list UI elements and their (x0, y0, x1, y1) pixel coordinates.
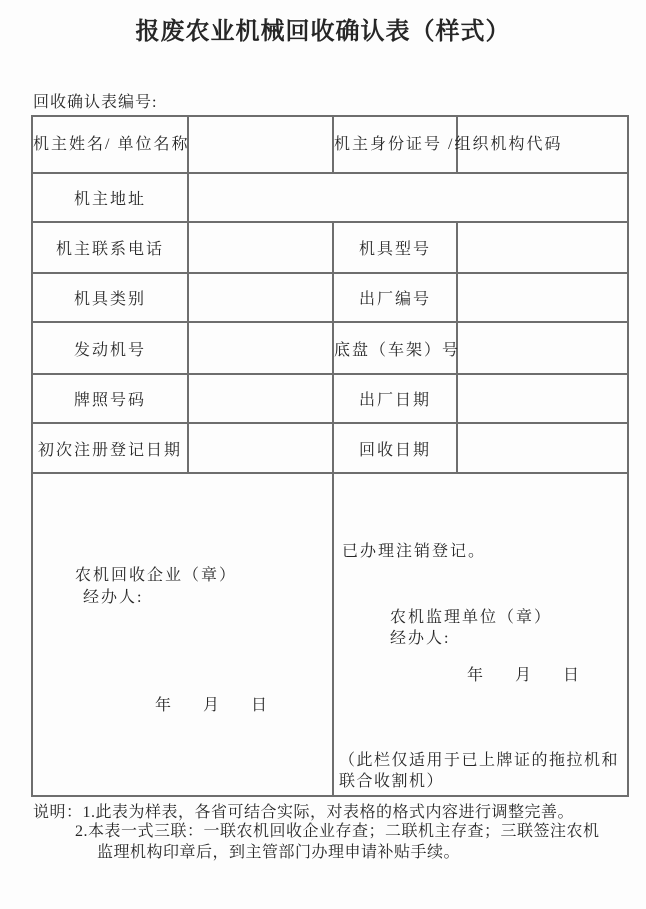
recycler-signature-cell: 农机回收企业（章） 经办人: 年 月 日 (32, 473, 333, 796)
label-first-registration-date: 初次注册登记日期 (32, 423, 188, 473)
value-first-registration-date (188, 423, 333, 473)
document-page: 报废农业机械回收确认表（样式） 回收确认表编号: 机主姓名/ 单位名称 机主身份… (0, 0, 646, 909)
table-row: 农机回收企业（章） 经办人: 年 月 日 已办理注销登记。 农机监理单位（章） … (32, 473, 628, 796)
label-owner-address: 机主地址 (32, 173, 188, 222)
deregistered-note: 已办理注销登记。 (342, 538, 486, 561)
notes-label: 说明： (33, 804, 83, 821)
supervision-signature-cell: 已办理注销登记。 农机监理单位（章） 经办人: 年 月 日 （此栏仅适用于已上牌… (333, 473, 628, 796)
notes-item-2: 2.本表一式三联：一联农机回收企业存查；二联机主存查；三联签注农机 监理机构印章… (97, 821, 600, 863)
value-license-plate (188, 374, 333, 423)
table-row: 机具类别 出厂编号 (32, 273, 628, 322)
recycler-org-stamp-label: 农机回收企业（章） (75, 562, 237, 585)
table-row: 初次注册登记日期 回收日期 (32, 423, 628, 473)
notes-line-1: 说明：1.此表为样表，各省可结合实际，对表格的格式内容进行调整完善。 (33, 799, 574, 822)
table-row: 机主地址 (32, 173, 628, 222)
scope-note: （此栏仅适用于已上牌证的拖拉机和 联合收割机） (339, 750, 619, 792)
table-row: 牌照号码 出厂日期 (32, 374, 628, 423)
table-row: 机主联系电话 机具型号 (32, 222, 628, 273)
value-owner-phone (188, 222, 333, 273)
table-row: 机主姓名/ 单位名称 机主身份证号 /组织机构代码 (32, 116, 628, 173)
value-machine-model (457, 222, 628, 273)
value-recycle-date (457, 423, 628, 473)
supervision-date-line: 年 月 日 (467, 662, 579, 685)
value-factory-number (457, 273, 628, 322)
confirmation-table: 机主姓名/ 单位名称 机主身份证号 /组织机构代码 机主地址 机主联系电话 机具… (31, 115, 629, 797)
notes-item-1: 1.此表为样表，各省可结合实际，对表格的格式内容进行调整完善。 (83, 804, 575, 821)
recycler-date-line: 年 月 日 (155, 692, 267, 715)
table-row: 发动机号 底盘（车架）号 (32, 322, 628, 374)
label-owner-id-org-code: 机主身份证号 /组织机构代码 (333, 116, 457, 173)
label-owner-name: 机主姓名/ 单位名称 (32, 116, 188, 173)
value-machine-category (188, 273, 333, 322)
label-engine-number: 发动机号 (32, 322, 188, 374)
label-recycle-date: 回收日期 (333, 423, 457, 473)
value-owner-name (188, 116, 333, 173)
label-factory-date: 出厂日期 (333, 374, 457, 423)
page-title: 报废农业机械回收确认表（样式） (0, 11, 646, 46)
label-owner-phone: 机主联系电话 (32, 222, 188, 273)
label-chassis-number: 底盘（车架）号 (333, 322, 457, 374)
label-machine-model: 机具型号 (333, 222, 457, 273)
value-factory-date (457, 374, 628, 423)
recycler-handler-label: 经办人: (83, 584, 143, 607)
form-number-label: 回收确认表编号: (33, 89, 157, 112)
label-machine-category: 机具类别 (32, 273, 188, 322)
supervision-org-stamp-label: 农机监理单位（章） (390, 604, 552, 627)
supervision-handler-label: 经办人: (390, 625, 450, 648)
value-owner-address (188, 173, 628, 222)
label-factory-number: 出厂编号 (333, 273, 457, 322)
label-license-plate: 牌照号码 (32, 374, 188, 423)
value-engine-number (188, 322, 333, 374)
value-chassis-number (457, 322, 628, 374)
